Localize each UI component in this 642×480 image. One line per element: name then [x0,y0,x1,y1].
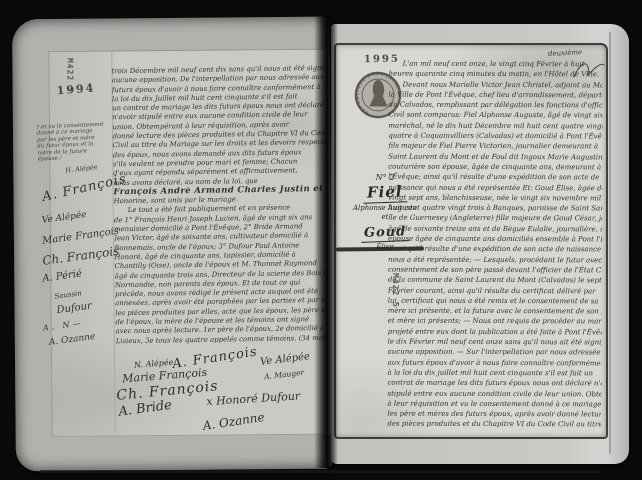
handwritten-line: de la commune de Saint Laurent du Mont (… [388,275,602,286]
margin-signature: Saussin [54,289,82,301]
handwritten-line: maréchal, né le dix huit Décembre mil hu… [388,120,602,131]
signature: A. Ozanne [202,410,266,433]
handwritten-line: fils majeur de Fiel Pierre Victorien, jo… [388,141,602,152]
handwritten-line: aux futurs époux d'avoir à nous faire co… [388,357,602,368]
margin-signature: A. Ozanne [48,332,96,348]
signature: A. Mauger [264,368,305,381]
marginal-annotation: † et vu le consentementdonné à ce mariag… [36,121,122,163]
margin-signature: A. Périé [42,268,83,284]
corner-note-deuxieme: deuxième [548,48,583,58]
scanned-register-spread: M422 5 1994 † et vu le consentementdonné… [0,0,642,480]
right-page-sheet: deuxième 1995 RÉPUBLIQUE FRANÇAISE N° 2 … [334,43,608,439]
handwritten-line: épouse âgée de cinquante ans domiciliés … [388,234,602,245]
handwritten-line: et mère ici présents; — Nous ont requis … [388,316,602,327]
handwritten-line: projeté entre eux dont la publication a … [388,326,602,337]
margin-signature: Dufour [56,301,93,317]
signature-block: N. Alépée A. François Ve Alépée Marie Fr… [114,344,329,432]
margin-signature: Ve Alépée [41,210,87,226]
handwritten-line: à leur réquisition et vu le consentement… [387,398,601,409]
left-page: M422 5 1994 † et vu le consentementdonné… [12,17,333,472]
right-page-body-text: L'an mil neuf cent onze, le vingt cinq F… [387,59,602,430]
handwritten-line: couturière son épouse, âgée de cinquante… [388,162,602,173]
handwritten-line: L'an mil neuf cent onze, le vingt cinq F… [389,59,603,70]
handwritten-line: Civil sont comparus: Fiel Alphonse Augus… [388,110,602,121]
handwritten-line: les père et mères des futurs époux, aprè… [387,409,601,420]
right-page: deuxième 1995 RÉPUBLIQUE FRANÇAISE N° 2 … [331,24,629,464]
handwritten-line: des pièces produites et du Chapitre VI d… [387,419,601,430]
handwritten-line: Février courant, ainsi qu'il résulte du … [388,285,602,296]
handwritten-line: le dix Février mil neuf cent onze sans q… [388,337,602,348]
handwritten-line: Saint Laurent du Mont et de Foul dit Ing… [388,151,602,162]
scan-edge-artifact [40,470,600,473]
handwritten-line: à la loi du dix juillet mil huit cent ci… [388,368,602,379]
handwritten-line: âgé de soixante treize ans et de Bègue E… [388,223,602,234]
handwritten-line: naissance qui nous a été représentée Et:… [388,182,602,193]
handwritten-line: l'Évêque; ainsi qu'il résulte d'une expé… [388,172,602,183]
handwritten-line: la Ville de Pont l'Évêque, chef lieu d'a… [389,90,603,101]
handwritten-line: quatre à Coquainvilliers (Calvados) et d… [388,131,602,142]
handwritten-line: mère ici présente, et la future avec le … [388,306,602,317]
margin-signature: A. N— [42,318,84,332]
margin-signature: Marie François [42,226,120,247]
handwritten-line: ainsi qu'il résulte d'une expédition de … [388,244,602,255]
handwritten-line: stipulé entre eux aucune condition civil… [387,388,601,399]
handwritten-line: heures quarante cinq minutes du matin, e… [389,69,603,80]
margin-signature: Ch. François [42,244,121,268]
signature: x Honoré Dufour [206,389,300,408]
handwritten-line: Devant nous Marielle Victor Jean Christe… [389,79,603,90]
handwritten-line: lui, certificat qui nous a été remis et … [388,295,602,306]
handwritten-line: île de Guernesey (Angleterre) fille maje… [388,213,602,224]
handwritten-line: consentement de son père passé devant l'… [388,265,602,276]
handwritten-line: huit cent quatre vingt trois à Banques, … [388,203,602,214]
handwritten-line: aucune opposition. — Sur l'interpellatio… [388,347,602,358]
handwritten-line: vingt sept ans, blanchisseuse, née le vi… [388,192,602,203]
handwritten-line: nous a été représentée; — Lesquels, proc… [388,254,602,265]
signature: Ve Alépée [260,351,311,368]
left-page-body-text: trois Décembre mil neuf cent dix sans qu… [111,64,329,346]
handwritten-line: contrat de mariage les dits futurs époux… [387,378,601,389]
handwritten-line: du Calvados, remplissant par délégation … [388,100,602,111]
